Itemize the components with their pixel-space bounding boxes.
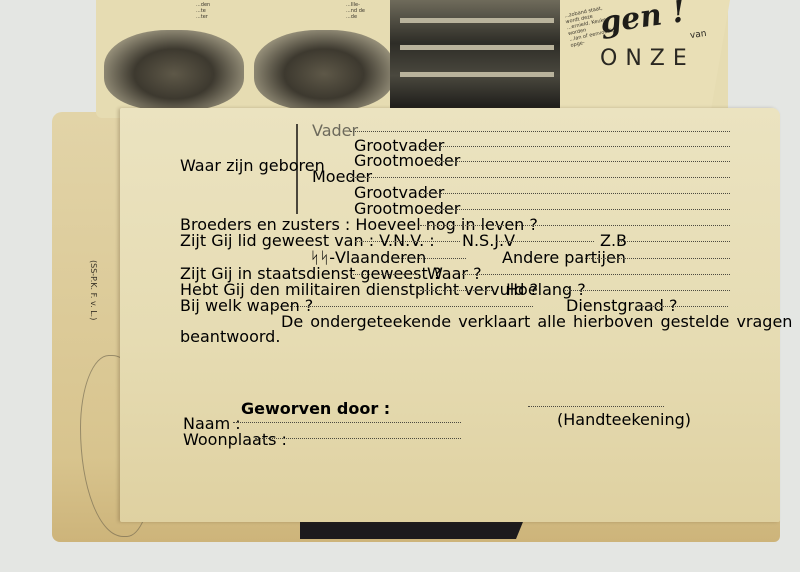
wapen-field[interactable] [275,306,533,307]
nsjv-field[interactable] [496,241,594,242]
magazine-side-code: (SS-P.K. F. v. L.) [89,260,98,320]
dienstgraad-field[interactable] [636,306,728,307]
naam-field[interactable] [233,422,461,423]
hoelang-field[interactable] [565,290,730,291]
zb-field[interactable] [618,241,730,242]
moeder-grootvader-field[interactable] [420,193,730,194]
vnv-field[interactable] [355,241,460,242]
magazine-column-mid: ...Ille- ...nd de ...de [346,2,386,20]
vader-grootvader-field[interactable] [420,146,730,147]
magazine-column-left: ...den ...te ...ter [196,2,216,20]
moeder-field[interactable] [350,177,730,178]
waar-field[interactable] [462,274,730,275]
siblings-field[interactable] [420,225,730,226]
illustrated-face-right [254,30,394,110]
vader-field[interactable] [350,131,730,132]
birth-question-label: Waar zijn geboren [180,156,325,175]
declaration-text-end: beantwoord. [180,327,280,346]
ss-vlaanderen-field[interactable] [396,258,466,259]
handteekening-label: (Handteekening) [557,410,691,429]
column-line: ...ter [196,14,216,20]
declaration-text: De ondergeteekende verklaart alle hierbo… [281,312,800,331]
woonplaats-label: Woonplaats : [183,430,287,449]
column-line: ...de [346,14,386,20]
dienstplicht-field[interactable] [420,290,492,291]
moeder-grootmoeder-field[interactable] [430,209,730,210]
geworven-door-label: Geworven door : [241,399,390,418]
andere-partijen-field[interactable] [585,258,730,259]
magazine-subhead: ONZE [600,46,695,71]
magazine-photo [390,0,560,108]
staatsdienst-field[interactable] [350,274,420,275]
signature-field[interactable] [528,406,664,407]
woonplaats-field[interactable] [255,438,461,439]
vader-grootmoeder-field[interactable] [430,161,730,162]
illustrated-face-left [104,30,244,110]
